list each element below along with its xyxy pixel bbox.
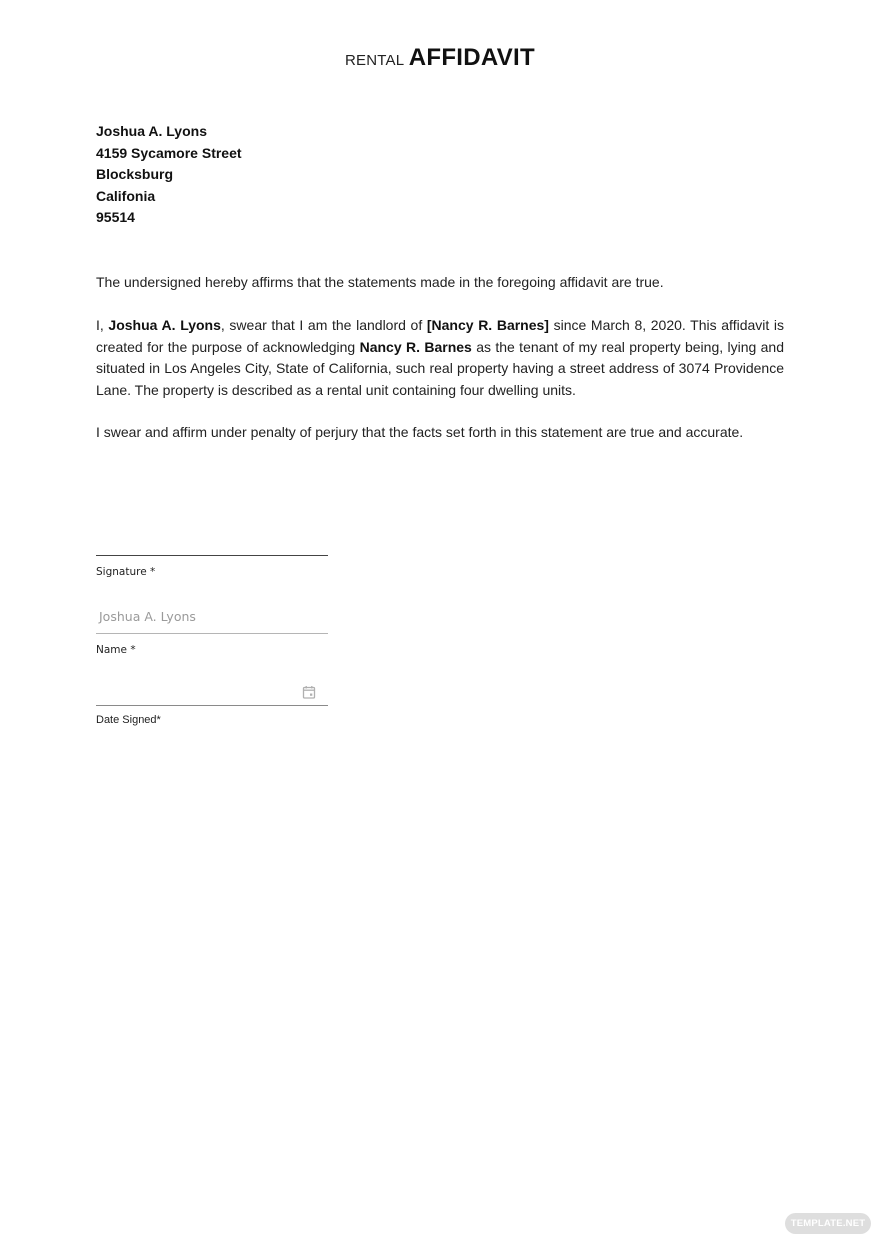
signature-line[interactable] <box>96 555 328 556</box>
date-signed-field[interactable]: Date Signed* <box>96 670 328 730</box>
address-state: Califonia <box>96 186 242 208</box>
landlord-name: Joshua A. Lyons <box>108 317 220 333</box>
title-main: AFFIDAVIT <box>409 44 535 71</box>
statement-paragraph: I, Joshua A. Lyons, swear that I am the … <box>96 315 784 401</box>
tenant-name-bracketed: [Nancy R. Barnes] <box>427 317 549 333</box>
address-street: 4159 Sycamore Street <box>96 143 242 165</box>
address-city: Blocksburg <box>96 164 242 186</box>
signature-label: Signature * <box>96 566 155 578</box>
tenant-name: Nancy R. Barnes <box>360 339 472 355</box>
signature-field[interactable]: Signature * <box>96 500 328 590</box>
affirmation-paragraph: The undersigned hereby affirms that the … <box>96 272 784 294</box>
text-segment: , swear that I am the landlord of <box>221 317 427 333</box>
perjury-paragraph: I swear and affirm under penalty of perj… <box>96 422 784 444</box>
name-label: Name * <box>96 644 136 656</box>
address-zip: 95514 <box>96 207 242 229</box>
name-underline <box>96 633 328 634</box>
text-segment: I, <box>96 317 108 333</box>
watermark-badge: TEMPLATE.NET <box>785 1213 871 1234</box>
name-field[interactable]: Joshua A. Lyons Name * <box>96 600 328 660</box>
date-signed-label: Date Signed* <box>96 714 161 726</box>
address-block: Joshua A. Lyons 4159 Sycamore Street Blo… <box>96 121 242 229</box>
document-title: RENTAL AFFIDAVIT <box>0 44 880 72</box>
address-name: Joshua A. Lyons <box>96 121 242 143</box>
calendar-icon[interactable] <box>302 685 316 699</box>
name-input-value[interactable]: Joshua A. Lyons <box>99 609 196 624</box>
date-underline <box>96 705 328 706</box>
title-prefix: RENTAL <box>345 52 404 69</box>
